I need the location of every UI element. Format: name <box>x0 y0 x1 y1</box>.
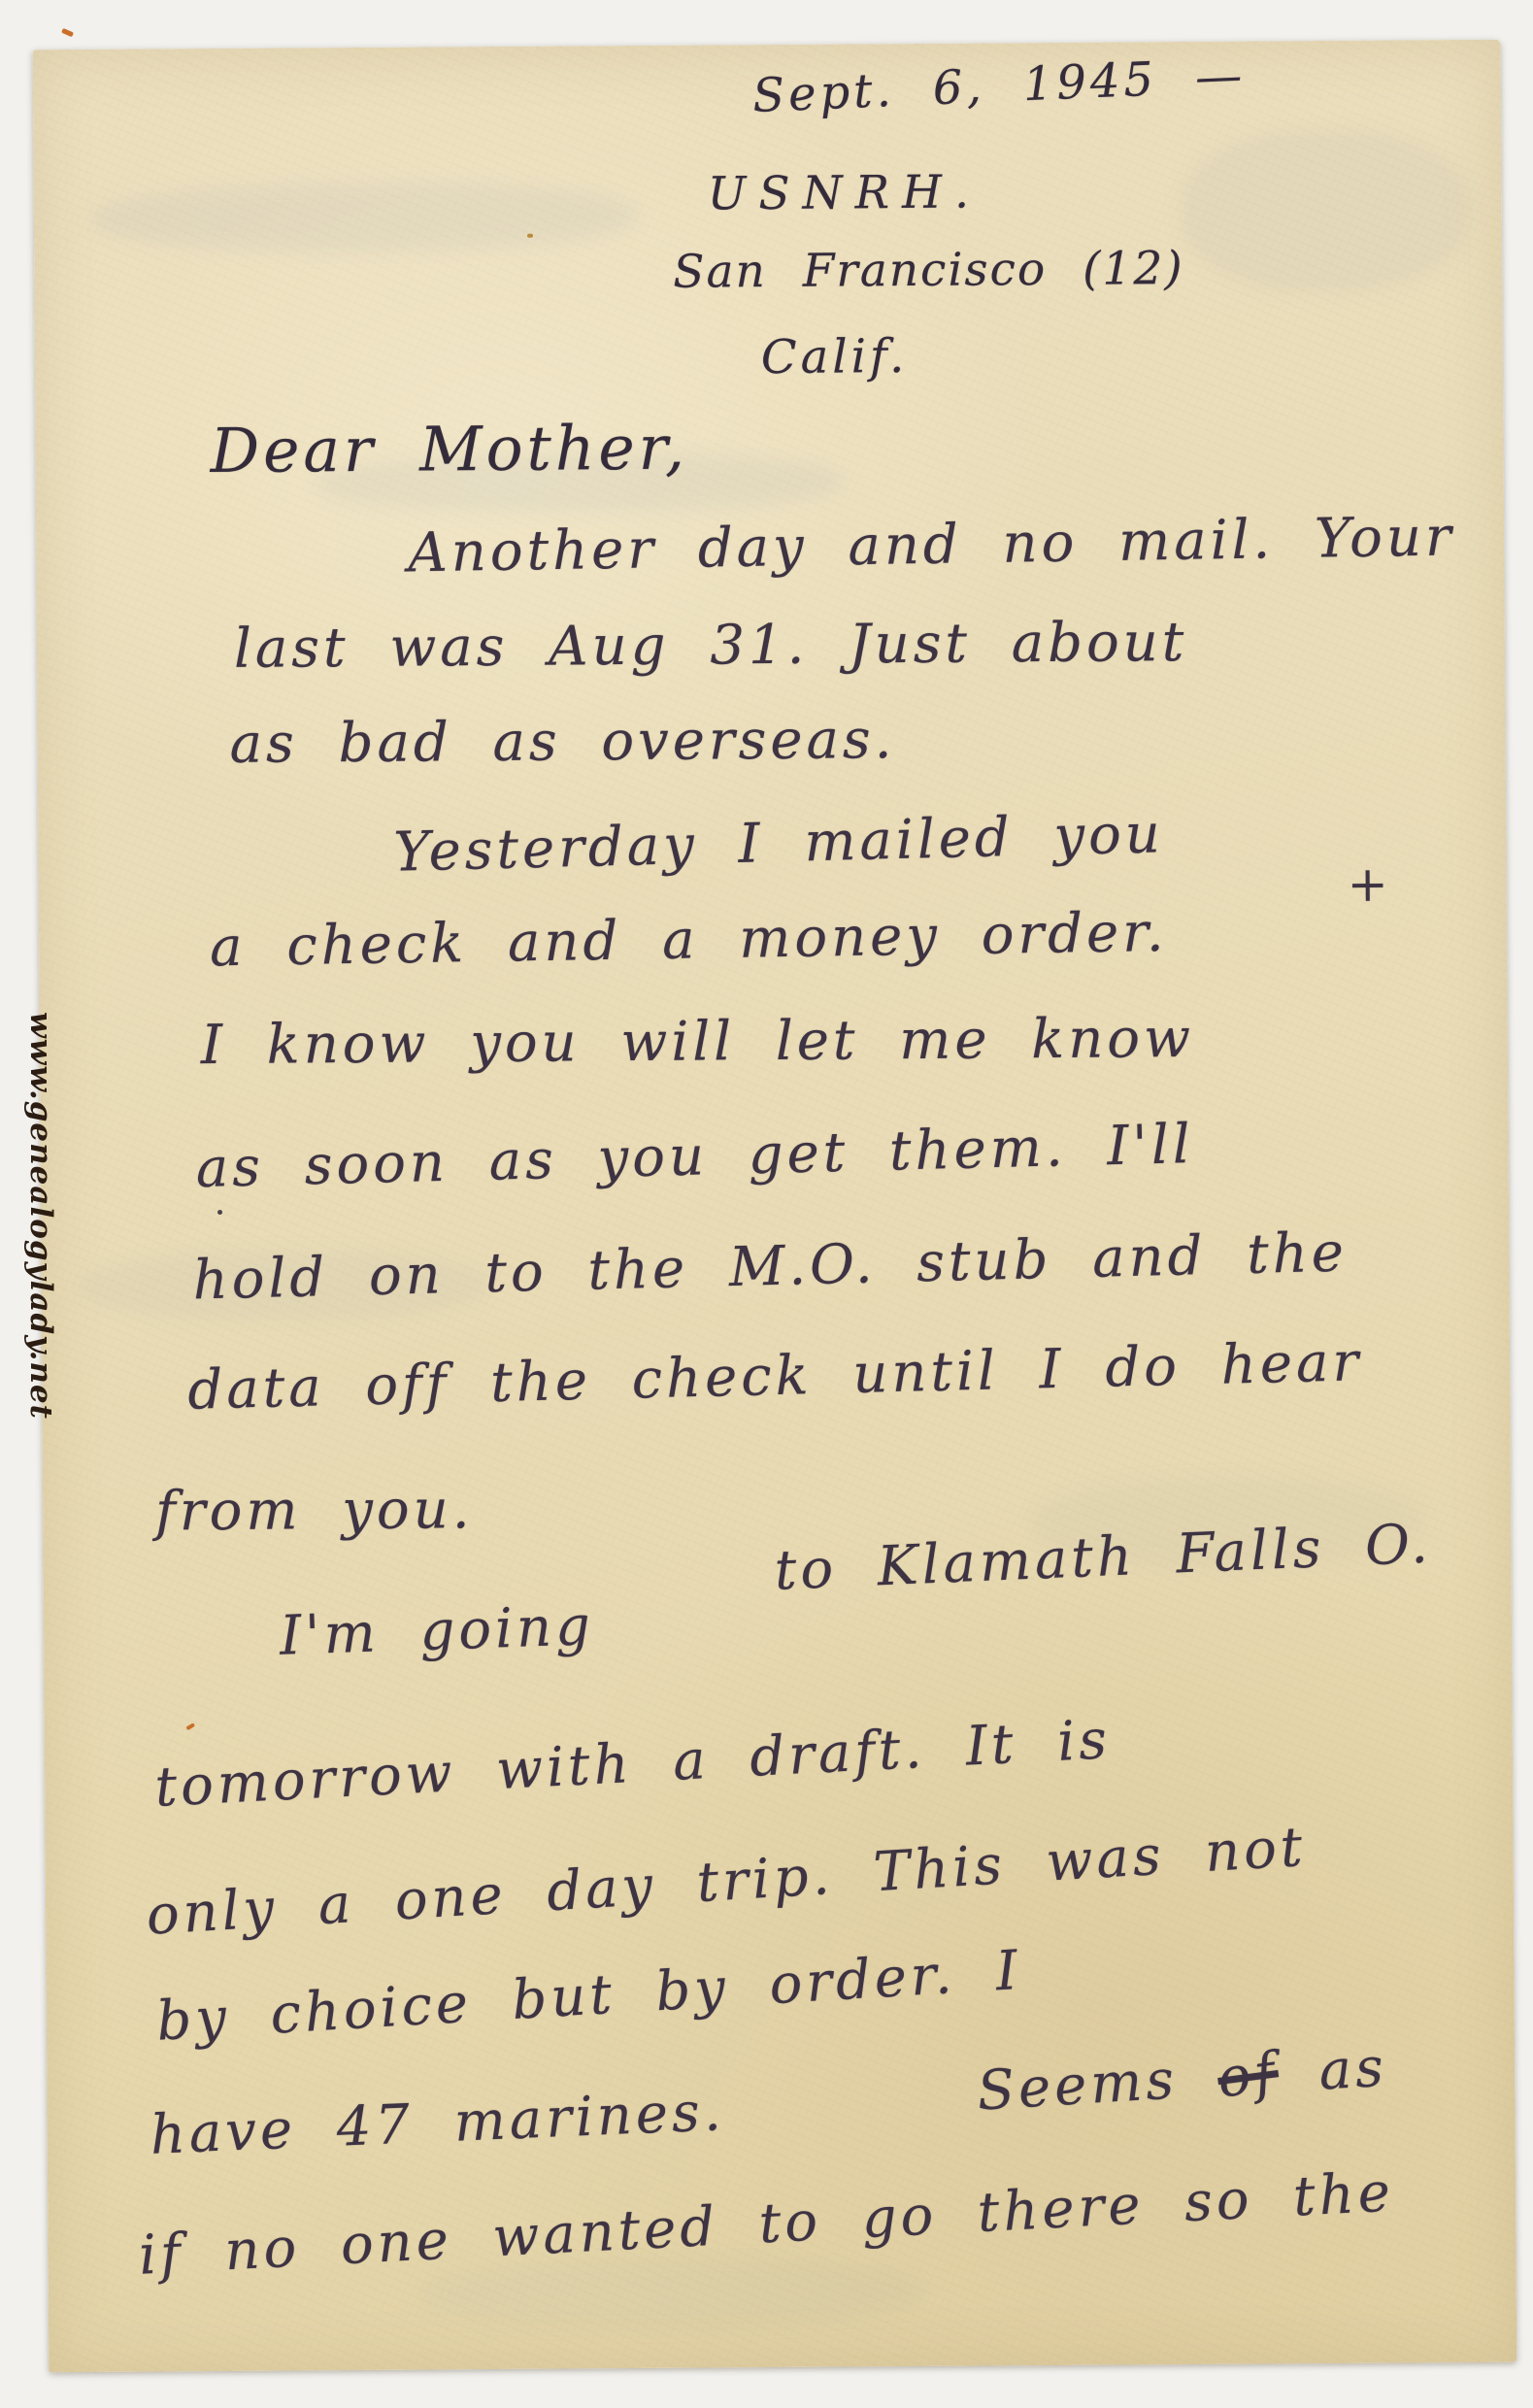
show-through-smudge <box>92 182 636 253</box>
paper-speck <box>185 1722 195 1730</box>
scan-background: { "document_type": "handwritten-letter-s… <box>0 0 1533 2408</box>
salutation: Dear Mother, <box>210 413 688 486</box>
body-line: hold on to the M.O. stub and the <box>192 1221 1349 1313</box>
watermark-text: www.genealogylady.net <box>23 1012 58 1420</box>
body-line: tomorrow with a draft. It is <box>153 1708 1112 1820</box>
body-line: a check and a money order. <box>210 901 1168 979</box>
body-line: I'm going <box>279 1594 595 1668</box>
as-word: as <box>1317 2036 1389 2103</box>
address-line-1: USNRH. <box>708 165 983 220</box>
body-line: I know you will let me know <box>201 1007 1195 1077</box>
plus-mark: + <box>1348 856 1392 913</box>
letter-paper: Sept. 6, 1945 — USNRH. San Francisco (12… <box>33 40 1517 2372</box>
address-line-3: Calif. <box>761 329 909 385</box>
body-line-with-strikeout: Seems of as <box>976 2036 1389 2124</box>
struck-word: of <box>1215 2040 1283 2111</box>
address-line-2: San Francisco (12) <box>673 242 1184 299</box>
body-line: Another day and no mail. Your <box>408 505 1455 585</box>
paper-speck <box>217 1210 222 1215</box>
body-line: from you. <box>155 1478 474 1543</box>
paper-speck <box>527 234 533 238</box>
body-line: last was Aug 31. Just about <box>234 611 1188 681</box>
body-line: by choice but by order. I <box>155 1939 1023 2054</box>
body-line: only a one day trip. This was not <box>145 1816 1308 1948</box>
body-line: as bad as overseas. <box>229 708 895 776</box>
body-line: as soon as you get them. I'll <box>195 1113 1194 1200</box>
seems-word: Seems <box>976 2048 1180 2123</box>
body-line: have 47 marines. <box>149 2080 725 2167</box>
show-through-smudge <box>1179 127 1471 294</box>
date-line: Sept. 6, 1945 — <box>751 49 1247 123</box>
body-line: Yesterday I mailed you <box>393 802 1165 884</box>
body-line: to Klamath Falls O. <box>773 1512 1432 1602</box>
body-line: data off the check until I do hear <box>187 1330 1363 1422</box>
paper-speck <box>61 28 74 37</box>
